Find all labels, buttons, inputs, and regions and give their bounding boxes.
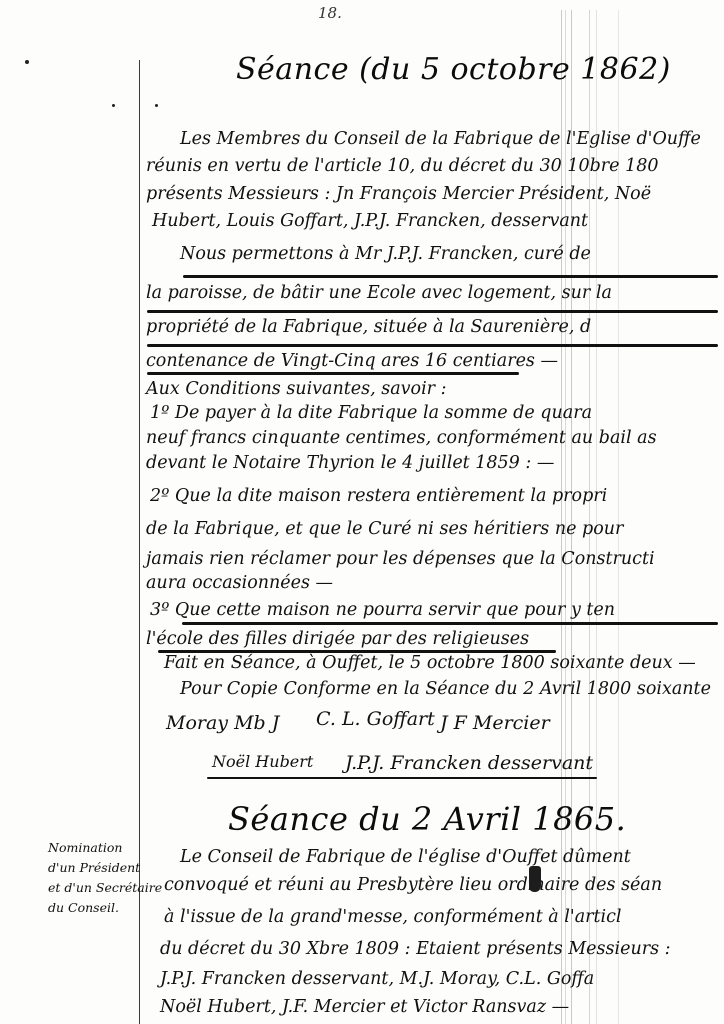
underline — [147, 310, 718, 313]
margin-note-line: et d'un Secrétaire — [48, 878, 140, 898]
text-line: J.P.J. Francken desservant, M.J. Moray, … — [160, 968, 594, 990]
margin-note-line: du Conseil. — [48, 898, 140, 918]
text-line: 2º Que la dite maison restera entièremen… — [150, 485, 607, 507]
text-line: Le Conseil de Fabrique de l'église d'Ouf… — [180, 846, 631, 868]
text-line: présents Messieurs : Jn François Mercier… — [146, 183, 651, 205]
signature: J.P.J. Francken desservant — [345, 752, 593, 774]
text-line: Les Membres du Conseil de la Fabrique de… — [180, 128, 701, 150]
session-heading: Séance du 2 Avril 1865. — [228, 800, 626, 838]
ink-speck — [25, 60, 29, 64]
signature: Moray Mb J — [166, 712, 279, 734]
margin-note-line: Nomination — [48, 838, 140, 858]
signature-rule — [207, 777, 597, 779]
text-line: Nous permettons à Mr J.P.J. Francken, cu… — [180, 243, 591, 265]
text-line: convoqué et réuni au Presbytère lieu ord… — [164, 874, 662, 896]
session-heading: Séance (du 5 octobre 1862) — [236, 52, 671, 87]
ink-blot — [529, 866, 541, 892]
text-line: neuf francs cinquante centimes, conformé… — [146, 427, 657, 449]
text-line: propriété de la Fabrique, située à la Sa… — [146, 316, 591, 338]
text-line: Noël Hubert, J.F. Mercier et Victor Rans… — [160, 996, 569, 1018]
text-line: Hubert, Louis Goffart, J.P.J. Francken, … — [152, 210, 588, 232]
text-line: jamais rien réclamer pour les dépenses q… — [146, 548, 655, 570]
text-line: contenance de Vingt-Cinq ares 16 centiar… — [146, 350, 558, 372]
underline — [183, 275, 718, 278]
ink-speck — [155, 104, 158, 107]
text-line: Fait en Séance, à Ouffet, le 5 octobre 1… — [164, 652, 696, 674]
text-line: l'école des filles dirigée par des relig… — [146, 628, 529, 650]
page-number: 18. — [318, 4, 342, 22]
document-page: 18. Séance (du 5 octobre 1862) Les Membr… — [0, 0, 724, 1024]
signature: C. L. Goffart — [316, 708, 435, 730]
margin-note-line: d'un Président — [48, 858, 140, 878]
text-line: 3º Que cette maison ne pourra servir que… — [150, 599, 615, 621]
ink-speck — [112, 104, 115, 107]
signature: Noël Hubert — [212, 752, 313, 771]
text-line: de la Fabrique, et que le Curé ni ses hé… — [146, 518, 623, 540]
text-line: à l'issue de la grand'messe, conformémen… — [164, 906, 622, 928]
underline — [147, 344, 718, 347]
margin-note: Nomination d'un Président et d'un Secrét… — [48, 838, 140, 918]
text-line: du décret du 30 Xbre 1809 : Etaient prés… — [160, 938, 671, 960]
underline — [182, 622, 718, 625]
text-line: la paroisse, de bâtir une Ecole avec log… — [146, 282, 612, 304]
text-line: 1º De payer à la dite Fabrique la somme … — [150, 402, 592, 424]
text-line: Pour Copie Conforme en la Séance du 2 Av… — [180, 678, 711, 700]
underline — [147, 372, 519, 375]
text-line: devant le Notaire Thyrion le 4 juillet 1… — [146, 452, 554, 474]
signature: J F Mercier — [440, 712, 550, 734]
text-line: aura occasionnées — — [146, 572, 333, 594]
text-line: réunis en vertu de l'article 10, du décr… — [146, 155, 658, 177]
text-line: Aux Conditions suivantes, savoir : — [146, 378, 447, 400]
